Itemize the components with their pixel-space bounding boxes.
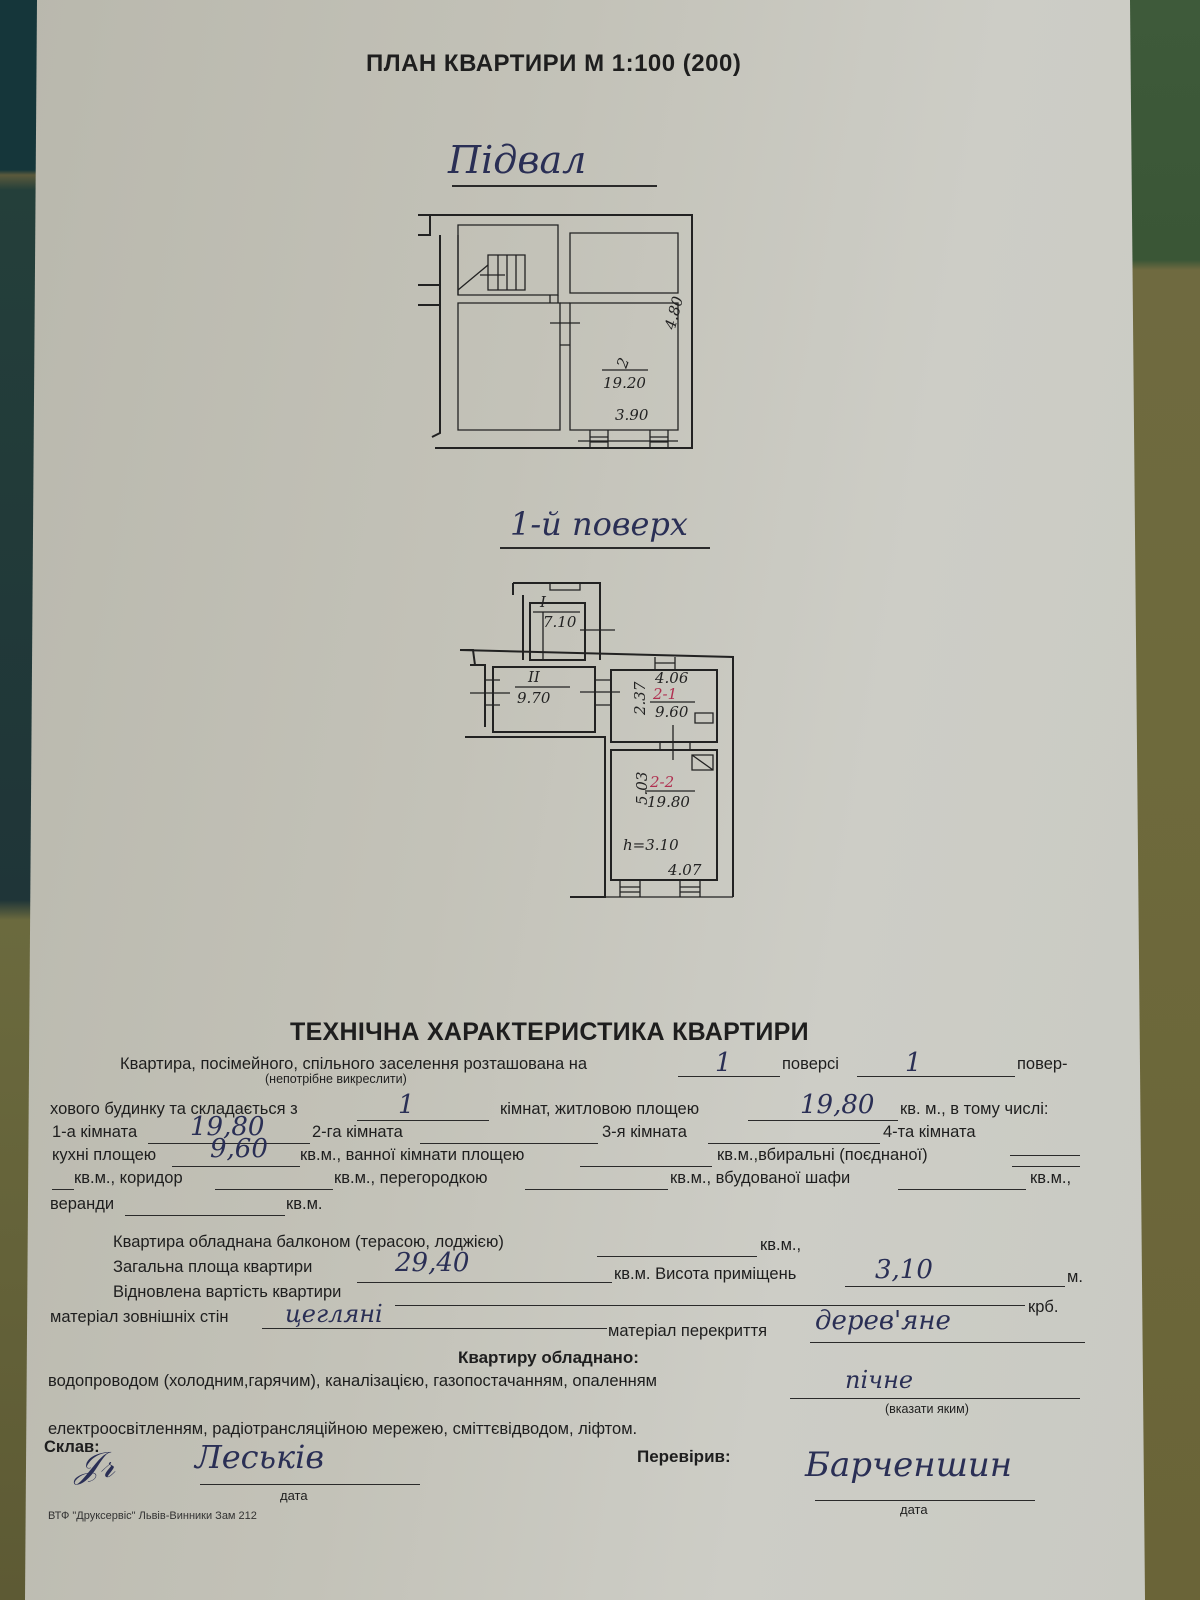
basement-room-width: 3.90	[615, 406, 649, 424]
field-living-area[interactable]: 19,80	[800, 1090, 874, 1120]
field-line	[748, 1120, 898, 1121]
room-I-id: І	[539, 593, 547, 611]
label-bathroom: кв.м., ванної кімнати площею	[300, 1146, 524, 1165]
field-height[interactable]: 3,10	[875, 1255, 933, 1285]
label-height: кв.м. Висота приміщень	[614, 1265, 796, 1284]
label-utilities: водопроводом (холодним,гарячим), каналіз…	[48, 1372, 657, 1391]
label-meters: м.	[1067, 1268, 1083, 1287]
field-line	[125, 1215, 285, 1216]
field-line	[420, 1143, 598, 1144]
label-utilities-2: електроосвітленням, радіотрансляційною м…	[48, 1420, 637, 1439]
basement-label: Підвал	[448, 138, 586, 182]
field-line	[52, 1189, 74, 1190]
composed-signature: Леськів	[195, 1438, 324, 1476]
field-line	[597, 1256, 757, 1257]
room-2-2-height: h=3.10	[623, 836, 679, 854]
composed-signature-mark: 𝒥𝓇	[75, 1445, 115, 1487]
room-II-id: ІІ	[527, 668, 541, 686]
field-line	[172, 1166, 300, 1167]
field-line	[580, 1166, 712, 1167]
label-room1: 1-а кімната	[52, 1123, 137, 1142]
room-2-2-length: 5.03	[633, 772, 651, 805]
field-line	[525, 1189, 668, 1190]
label-room3: 3-я кімната	[602, 1123, 687, 1142]
room-2-2-id: 2-2	[649, 773, 674, 791]
label-wardrobe: кв.м., вбудованої шафи	[670, 1169, 850, 1188]
field-line	[857, 1076, 1015, 1077]
field-total-area[interactable]: 29,40	[395, 1248, 469, 1278]
composed-date-label: дата	[280, 1488, 308, 1503]
field-line	[845, 1286, 1065, 1287]
field-line	[1010, 1155, 1080, 1156]
equipped-title: Квартиру обладнано:	[458, 1348, 639, 1368]
field-floors-total[interactable]: 1	[905, 1048, 922, 1078]
label-room4: 4-та кімната	[883, 1123, 976, 1142]
room-2-1-length: 2.37	[631, 681, 649, 716]
field-kitchen[interactable]: 9,60	[210, 1134, 268, 1164]
label-balcony-sqm: кв.м.,	[760, 1236, 801, 1255]
field-heating[interactable]: пічне	[845, 1366, 913, 1394]
label-room2: 2-га кімната	[312, 1123, 403, 1142]
room-II-area: 9.70	[517, 689, 551, 707]
field-rooms-count[interactable]: 1	[398, 1090, 415, 1120]
field-line	[708, 1143, 880, 1144]
first-floor-plan: І 7.10 ІІ 9.70 4.06 2-1 9.60 2.37 2-2 19…	[455, 575, 745, 905]
label-total-area: Загальна площа квартири	[113, 1258, 312, 1277]
room-2-2-area: 19.80	[647, 793, 690, 811]
field-line	[1012, 1166, 1080, 1167]
note-specify: (вказати яким)	[885, 1402, 969, 1416]
printer-footer: ВТФ "Друксервіс" Львів-Винники Зам 212	[48, 1510, 257, 1522]
label-rooms: кімнат, житловою площею	[500, 1100, 699, 1119]
field-line	[215, 1189, 333, 1190]
signature-line	[815, 1500, 1035, 1501]
field-line	[262, 1328, 607, 1329]
label-storey: повер-	[1017, 1055, 1068, 1074]
label-ceiling-material: матеріал перекриття	[608, 1322, 767, 1341]
section-title: ТЕХНІЧНА ХАРАКТЕРИСТИКА КВАРТИРИ	[290, 1018, 809, 1047]
basement-room-id: 2	[613, 355, 634, 371]
field-line	[810, 1342, 1085, 1343]
label-partition: кв.м., перегородкою	[334, 1169, 488, 1188]
label-including: кв. м., в тому числі:	[900, 1100, 1048, 1119]
field-wall-material[interactable]: цегляні	[285, 1300, 383, 1328]
basement-floor-plan: 2 19.20 4.80 3.90	[410, 205, 700, 455]
room-2-2-width: 4.07	[667, 861, 702, 879]
label-kitchen: кухні площею	[52, 1146, 156, 1165]
field-line	[790, 1398, 1080, 1399]
field-line	[357, 1282, 612, 1283]
field-line	[898, 1189, 1026, 1190]
checked-date-label: дата	[900, 1502, 928, 1517]
first-floor-label: 1-й поверх	[510, 505, 688, 543]
room-2-1-id: 2-1	[652, 685, 677, 703]
basement-room-length: 4.80	[661, 294, 687, 332]
plan-title: ПЛАН КВАРТИРИ М 1:100 (200)	[366, 50, 741, 78]
label-sqm: кв.м.,	[1030, 1169, 1071, 1188]
basement-underline	[452, 185, 657, 187]
label-wall-material: матеріал зовнішніх стін	[50, 1308, 228, 1327]
checked-label: Перевірив:	[637, 1447, 731, 1467]
room-I-area: 7.10	[543, 613, 577, 631]
first-floor-underline	[500, 547, 710, 549]
label-toilet: кв.м.,вбиральні (поєднаної)	[717, 1146, 928, 1165]
label-currency: крб.	[1028, 1298, 1058, 1317]
field-ceiling-material[interactable]: дерев'яне	[815, 1306, 951, 1336]
note-strike: (непотрібне викреслити)	[265, 1072, 407, 1086]
label-corridor: кв.м., коридор	[74, 1169, 183, 1188]
field-line	[357, 1120, 489, 1121]
signature-line	[200, 1484, 420, 1485]
label-veranda: веранди	[50, 1195, 114, 1214]
basement-room-area: 19.20	[603, 374, 646, 392]
label-floor: поверсі	[782, 1055, 839, 1074]
checked-signature: Барченшин	[805, 1445, 1012, 1485]
room-2-1-area: 9.60	[655, 703, 689, 721]
field-floor[interactable]: 1	[715, 1048, 732, 1078]
label-veranda-sqm: кв.м.	[286, 1195, 323, 1214]
